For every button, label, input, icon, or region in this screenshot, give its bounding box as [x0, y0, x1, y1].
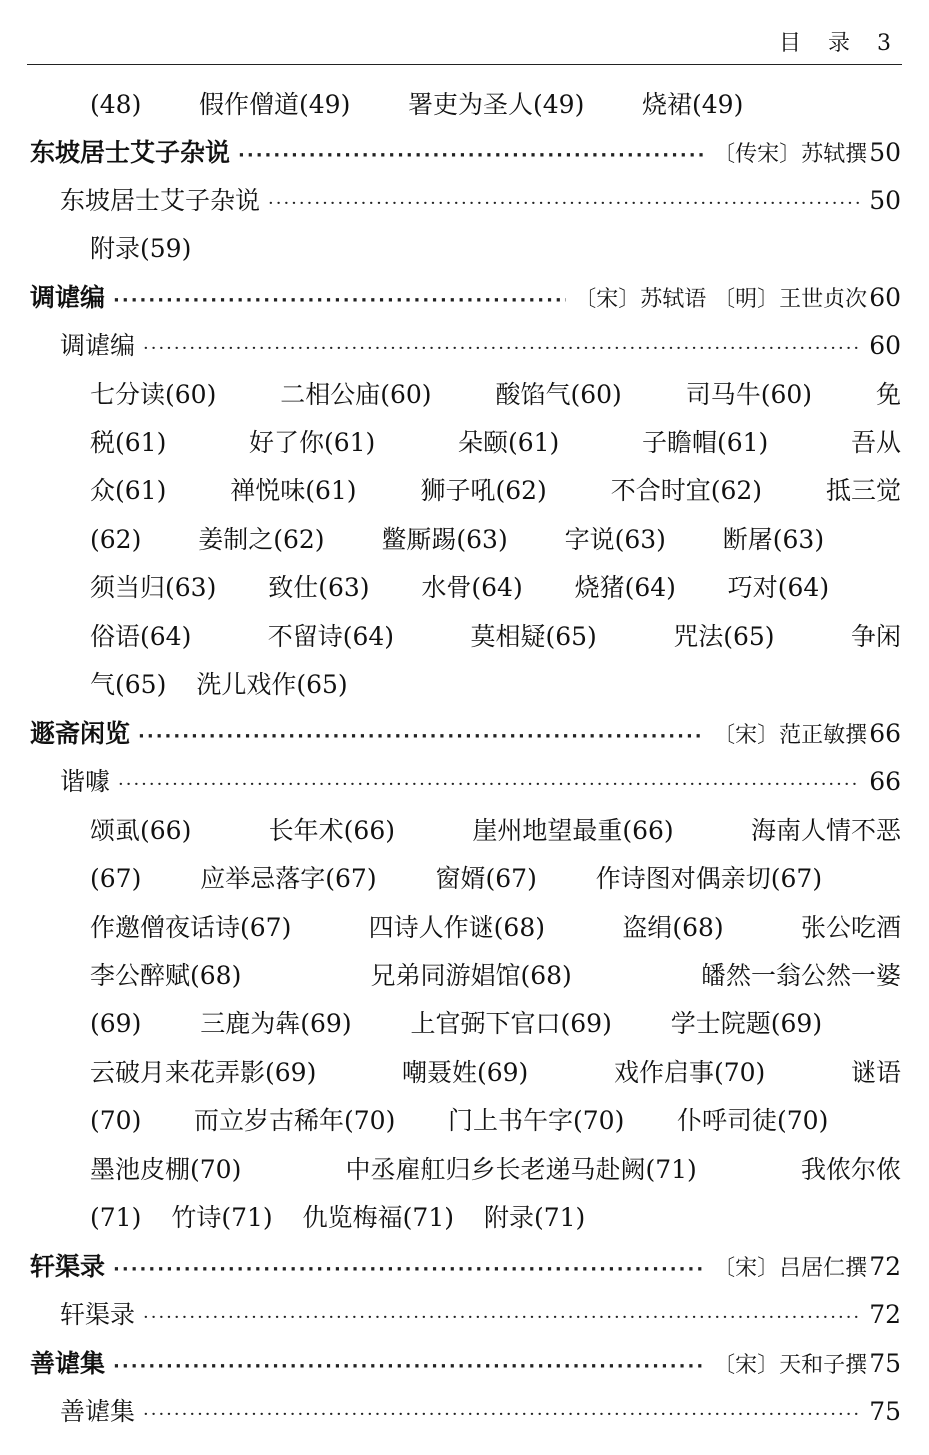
entry: 而立岁古稀年(70) — [194, 1104, 395, 1138]
leader-dots — [143, 332, 859, 366]
entry: 附录(59) — [90, 232, 191, 266]
entry: 洗儿戏作(65) — [196, 668, 347, 702]
entry: 争闲 — [851, 620, 901, 654]
page-number: 75 — [869, 1395, 901, 1429]
entry: 水骨(64) — [421, 571, 522, 605]
entry-list-line: (69) 三鹿为犇(69) 上官弼下官口(69) 学士院题(69) — [90, 1007, 901, 1041]
section-title: 善谑集 — [60, 1395, 135, 1429]
entry: 司马牛(60) — [686, 378, 812, 412]
entry: 附录(71) — [484, 1201, 585, 1235]
section-title: 调谑编 — [60, 329, 135, 363]
entry: 作邀僧夜话诗(67) — [90, 911, 291, 945]
leader-dots — [113, 1350, 705, 1384]
entry: 上官弼下官口(69) — [411, 1007, 612, 1041]
entry: 鳖厮踢(63) — [381, 523, 507, 557]
entry-list-line: 七分读(60) 二相公庙(60) 酸馅气(60) 司马牛(60) 免 — [90, 378, 901, 412]
header-rule — [27, 64, 902, 65]
entry: 嘲聂姓(69) — [402, 1056, 528, 1090]
entry-list-line: 云破月来花弄影(69) 嘲聂姓(69) 戏作启事(70) 谜语 — [90, 1056, 901, 1090]
toc-book-shanxueji[interactable]: 善谑集 〔宋〕天和子撰 75 — [30, 1347, 901, 1381]
entry: (70) — [90, 1104, 141, 1138]
entry: 二相公庙(60) — [280, 378, 431, 412]
page-number: 66 — [869, 717, 901, 751]
toc-section-shanxueji[interactable]: 善谑集 75 — [60, 1395, 901, 1429]
entry: 仇览梅福(71) — [303, 1201, 454, 1235]
entry: 税(61) — [90, 426, 166, 460]
entry-list-line: 李公醉赋(68) 兄弟同游娼馆(68) 皤然一翁公然一婆 — [90, 959, 901, 993]
leader-dots — [113, 1253, 705, 1287]
entry: 盗绢(68) — [622, 911, 723, 945]
entry: 姜制之(62) — [198, 523, 324, 557]
entry: 戏作启事(70) — [614, 1056, 765, 1090]
toc-section-tiaoxuebian[interactable]: 调谑编 60 — [60, 329, 901, 363]
entry: 四诗人作谜(68) — [369, 911, 545, 945]
entry-list-line: 众(61) 禅悦味(61) 狮子吼(62) 不合时宜(62) 抵三觉 — [90, 474, 901, 508]
leader-dots — [143, 1398, 859, 1432]
page-number: 50 — [869, 184, 901, 218]
toc-book-tiaoxuebian[interactable]: 调谑编 〔宋〕苏轼语 〔明〕王世贞次 60 — [30, 281, 901, 315]
page-number: 72 — [869, 1250, 901, 1284]
entry: 颂虱(66) — [90, 814, 191, 848]
entry: 兄弟同游娼馆(68) — [370, 959, 571, 993]
entry: 众(61) — [90, 474, 166, 508]
entry: 署吏为圣人(49) — [408, 88, 584, 122]
entry: 莫相疑(65) — [470, 620, 596, 654]
entry: 好了你(61) — [249, 426, 375, 460]
entry: 窗婿(67) — [436, 862, 537, 896]
book-author: 〔宋〕吕居仁撰 — [713, 1252, 867, 1286]
entry-list-line: 须当归(63) 致仕(63) 水骨(64) 烧猪(64) 巧对(64) — [90, 571, 901, 605]
entry: 吾从 — [851, 426, 901, 460]
entry-list-line: 气(65) 洗儿戏作(65) — [90, 668, 901, 702]
book-title: 遯斋闲览 — [30, 717, 130, 751]
section-title: 轩渠录 — [60, 1298, 135, 1332]
entry: 断屠(63) — [723, 523, 824, 557]
entry: 长年术(66) — [269, 814, 395, 848]
book-title: 轩渠录 — [30, 1250, 105, 1284]
entry-list-line: 税(61) 好了你(61) 朵颐(61) 子瞻帽(61) 吾从 — [90, 426, 901, 460]
entry-list-line: (62) 姜制之(62) 鳖厮踢(63) 字说(63) 断屠(63) — [90, 523, 901, 557]
entry: 须当归(63) — [90, 571, 216, 605]
entry: (71) — [90, 1201, 141, 1235]
entry-list-line: 墨池皮棚(70) 中丞雇舡归乡长老递马赴阙(71) 我侬尔侬 — [90, 1153, 901, 1187]
page-number: 60 — [869, 329, 901, 363]
entry: 中丞雇舡归乡长老递马赴阙(71) — [345, 1153, 696, 1187]
book-author: 〔宋〕天和子撰 — [713, 1349, 867, 1383]
entry: 皤然一翁公然一婆 — [701, 959, 901, 993]
entry: 仆呼司徒(70) — [677, 1104, 828, 1138]
entry: 致仕(63) — [268, 571, 369, 605]
entry: (48) — [90, 88, 141, 122]
book-title: 善谑集 — [30, 1347, 105, 1381]
page-number: 72 — [869, 1298, 901, 1332]
toc-book-xuanqulu[interactable]: 轩渠录 〔宋〕吕居仁撰 72 — [30, 1250, 901, 1284]
page-number: 50 — [869, 136, 901, 170]
book-author: 〔宋〕范正敏撰 — [713, 719, 867, 753]
toc-section-dongpo[interactable]: 东坡居士艾子杂说 50 — [60, 184, 901, 218]
book-author: 〔宋〕苏轼语 〔明〕王世贞次 — [574, 283, 867, 317]
section-title: 谐噱 — [60, 765, 110, 799]
entry-list-line: 俗语(64) 不留诗(64) 莫相疑(65) 咒法(65) 争闲 — [90, 620, 901, 654]
page-number: 60 — [869, 281, 901, 315]
toc-section-xiejue[interactable]: 谐噱 66 — [60, 765, 901, 799]
page-number: 66 — [869, 765, 901, 799]
entry: 禅悦味(61) — [230, 474, 356, 508]
entry: 子瞻帽(61) — [642, 426, 768, 460]
leader-dots — [143, 1301, 859, 1335]
toc-book-dongpo[interactable]: 东坡居士艾子杂说 〔传宋〕苏轼撰 50 — [30, 136, 901, 170]
header-page-number: 3 — [877, 31, 901, 56]
entry: 字说(63) — [565, 523, 666, 557]
entry: 不留诗(64) — [268, 620, 394, 654]
entry: (67) — [90, 862, 141, 896]
book-title: 调谑编 — [30, 281, 105, 315]
toc-book-dunzhai[interactable]: 遯斋闲览 〔宋〕范正敏撰 66 — [30, 717, 901, 751]
leader-dots — [238, 139, 705, 173]
section-title: 东坡居士艾子杂说 — [60, 184, 260, 218]
book-author: 〔传宋〕苏轼撰 — [713, 138, 867, 172]
entry: 烧裙(49) — [642, 88, 743, 122]
entry: 假作僧道(49) — [199, 88, 350, 122]
entry: 三鹿为犇(69) — [200, 1007, 351, 1041]
entry-list-line: (71) 竹诗(71) 仇览梅福(71) 附录(71) — [90, 1201, 901, 1235]
entry-list-line: (67) 应举忌落字(67) 窗婿(67) 作诗图对偶亲切(67) — [90, 862, 901, 896]
entry: (69) — [90, 1007, 141, 1041]
leader-dots — [118, 768, 859, 802]
leader-dots — [138, 720, 705, 754]
page-number: 75 — [869, 1347, 901, 1381]
entry: 狮子吼(62) — [420, 474, 546, 508]
entry: 竹诗(71) — [171, 1201, 272, 1235]
entry: 谜语 — [851, 1056, 901, 1090]
entry: 学士院题(69) — [671, 1007, 822, 1041]
entry: 崖州地望最重(66) — [472, 814, 673, 848]
entry: 我侬尔侬 — [801, 1153, 901, 1187]
entry: 海南人情不恶 — [751, 814, 901, 848]
entry: 俗语(64) — [90, 620, 191, 654]
leader-dots — [113, 284, 566, 318]
entry: 作诗图对偶亲切(67) — [596, 862, 822, 896]
entry-list-line: 颂虱(66) 长年术(66) 崖州地望最重(66) 海南人情不恶 — [90, 814, 901, 848]
entry: 咒法(65) — [673, 620, 774, 654]
running-header: 目 录 3 — [779, 26, 901, 57]
entry: 七分读(60) — [90, 378, 216, 412]
entry-list-line: 附录(59) — [90, 232, 901, 266]
entry: 酸馅气(60) — [495, 378, 621, 412]
leader-dots — [268, 187, 859, 221]
book-title: 东坡居士艾子杂说 — [30, 136, 230, 170]
entry: 云破月来花弄影(69) — [90, 1056, 316, 1090]
entry: 抵三觉 — [826, 474, 901, 508]
entry: 不合时宜(62) — [611, 474, 762, 508]
entry: 烧猪(64) — [575, 571, 676, 605]
entry-list-line: (70) 而立岁古稀年(70) 门上书午字(70) 仆呼司徒(70) — [90, 1104, 901, 1138]
header-section: 目 录 — [779, 31, 860, 56]
entry: 朵颐(61) — [458, 426, 559, 460]
entry: 巧对(64) — [728, 571, 829, 605]
entry-list-line: 作邀僧夜话诗(67) 四诗人作谜(68) 盗绢(68) 张公吃酒 — [90, 911, 901, 945]
toc-section-xuanqulu[interactable]: 轩渠录 72 — [60, 1298, 901, 1332]
entry: 免 — [876, 378, 901, 412]
entry: 李公醉赋(68) — [90, 959, 241, 993]
entry: 门上书午字(70) — [448, 1104, 624, 1138]
entry: 气(65) — [90, 668, 166, 702]
entry: 墨池皮棚(70) — [90, 1153, 241, 1187]
entry: 应举忌落字(67) — [200, 862, 376, 896]
entry: (62) — [90, 523, 141, 557]
entry-list-line: (48) 假作僧道(49) 署吏为圣人(49) 烧裙(49) — [90, 88, 901, 122]
entry: 张公吃酒 — [801, 911, 901, 945]
